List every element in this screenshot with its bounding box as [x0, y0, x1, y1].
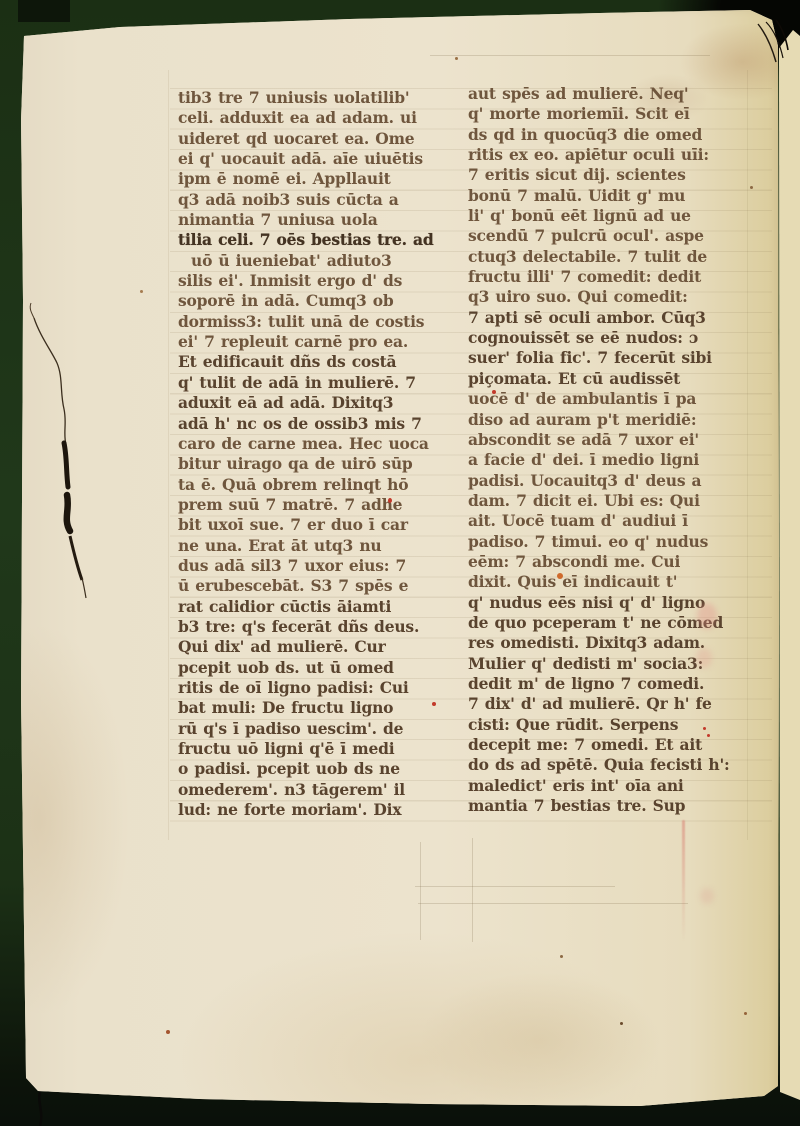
- text-line: rat calidior cūctis āiamti: [178, 597, 470, 617]
- text-line: ds qd in quocūq3 die omed: [468, 125, 760, 145]
- text-line: 7 dix' d' ad mulierē. Qr h' fe: [468, 694, 760, 714]
- text-line: cisti: Que rūdit. Serpens: [468, 715, 760, 735]
- text-line: cognouissēt se eē nudos: ɔ: [468, 328, 760, 348]
- text-line: adā h' nc os de ossib3 mis 7: [178, 414, 470, 434]
- text-line: decepit me: 7 omedi. Et ait: [468, 735, 760, 755]
- text-line: maledict' eris int' oīa ani: [468, 776, 760, 796]
- text-line: uocē d' de ambulantis ī pa: [468, 389, 760, 409]
- text-line: dus adā sil3 7 uxor eius: 7: [178, 556, 470, 576]
- text-line: fructu illi' 7 comedit: dedit: [468, 267, 760, 287]
- rubrication-dot: [432, 702, 436, 706]
- text-line: ū erubescebāt. S3 7 spēs e: [178, 576, 470, 596]
- text-column-right: aut spēs ad mulierē. Neq'q' morte moriem…: [468, 84, 760, 816]
- text-line: abscondit se adā 7 uxor ei': [468, 430, 760, 450]
- text-line: dedit m' de ligno 7 comedi.: [468, 674, 760, 694]
- text-line: ei' 7 repleuit carnē pro ea.: [178, 332, 470, 352]
- text-line: silis ei'. Inmisit ergo d' ds: [178, 271, 470, 291]
- text-line: lud: ne forte moriam'. Dix: [178, 800, 470, 820]
- text-line: li' q' bonū eēt lignū ad ue: [468, 206, 760, 226]
- parchment-speck: [750, 186, 753, 189]
- text-line: uō ū iueniebat' adiuto3: [178, 251, 470, 271]
- text-line: mantia 7 bestias tre. Sup: [468, 796, 760, 816]
- text-line: b3 tre: q's fecerāt dñs deus.: [178, 617, 470, 637]
- text-line: padiso. 7 timui. eo q' nudus: [468, 532, 760, 552]
- text-line: aduxit eā ad adā. Dixitq3: [178, 393, 470, 413]
- show-through-stain: [697, 603, 717, 629]
- text-line: ait. Uocē tuam d' audiui ī: [468, 511, 760, 531]
- text-line: fructu uō ligni q'ē ī medi: [178, 739, 470, 759]
- text-line: pcepit uob ds. ut ū omed: [178, 658, 470, 678]
- text-line: eēm: 7 abscondi me. Cui: [468, 552, 760, 572]
- text-line: prem suū 7 matrē. 7 adhe: [178, 495, 470, 515]
- ruling-line-lower-1: [415, 886, 615, 887]
- show-through-stain: [700, 888, 714, 904]
- ruling-line-lower-2: [418, 903, 688, 904]
- text-line: 7 eritis sicut dij. scientes: [468, 165, 760, 185]
- rubrication-dot: [388, 498, 392, 503]
- ruling-line-vert-1: [420, 842, 421, 940]
- text-line: o padisi. pcepit uob ds ne: [178, 759, 470, 779]
- text-line: uideret qd uocaret ea. Ome: [178, 129, 470, 149]
- text-line: dormiss3: tulit unā de costis: [178, 312, 470, 332]
- text-line: celi. adduxit ea ad adam. ui: [178, 108, 470, 128]
- ruling-line-col-left: [168, 70, 169, 840]
- text-line: ctuq3 delectabile. 7 tulit de: [468, 247, 760, 267]
- text-line: a facie d' dei. ī medio ligni: [468, 450, 760, 470]
- text-line: tilia celi. 7 oēs bestias tre. ad: [178, 230, 470, 250]
- text-line: padisi. Uocauitq3 d' deus a: [468, 471, 760, 491]
- parchment-speck: [744, 1012, 747, 1015]
- text-line: res omedisti. Dixitq3 adam.: [468, 633, 760, 653]
- text-line: bitur uirago qa de uirō sūp: [178, 454, 470, 474]
- text-line: ritis de oī ligno padisi: Cui: [178, 678, 470, 698]
- ruling-line-vert-2: [472, 838, 473, 942]
- text-line: omederem'. n3 tāgerem' il: [178, 780, 470, 800]
- parchment-speck: [620, 1022, 623, 1025]
- text-line: ne una. Erat āt utq3 nu: [178, 536, 470, 556]
- text-line: tib3 tre 7 uniusis uolatilib': [178, 88, 470, 108]
- text-line: q' morte moriemīi. Scit eī: [468, 104, 760, 124]
- parchment-speck: [455, 57, 458, 60]
- text-column-left: tib3 tre 7 uniusis uolatilib'celi. addux…: [178, 88, 470, 820]
- text-line: Mulier q' dedisti m' socia3:: [468, 654, 760, 674]
- text-line: ipm ē nomē ei. Appllauit: [178, 169, 470, 189]
- text-line: bat muli: De fructu ligno: [178, 698, 470, 718]
- text-line: suer' folia fic'. 7 fecerūt sibi: [468, 348, 760, 368]
- text-line: nimantia 7 uniusa uola: [178, 210, 470, 230]
- text-line: 7 apti sē oculi ambor. Cūq3: [468, 308, 760, 328]
- text-line: q' tulit de adā in mulierē. 7: [178, 373, 470, 393]
- rubrication-speck: [707, 734, 710, 737]
- show-through-stain: [696, 648, 712, 668]
- manuscript-page: tib3 tre 7 uniusis uolatilib'celi. addux…: [0, 0, 800, 1126]
- rubrication-dot: [557, 573, 563, 579]
- parchment-speck: [140, 290, 143, 293]
- text-line: q3 uiro suo. Qui comedit:: [468, 287, 760, 307]
- text-line: dixit. Quis eī indicauit t': [468, 572, 760, 592]
- text-line: bit uxoī sue. 7 er duo ī car: [178, 515, 470, 535]
- text-line: aut spēs ad mulierē. Neq': [468, 84, 760, 104]
- text-line: do ds ad spētē. Quia fecisti h':: [468, 755, 760, 775]
- rubrication-dot: [492, 390, 496, 394]
- text-line: caro de carne mea. Hec uoca: [178, 434, 470, 454]
- text-line: Qui dix' ad mulierē. Cur: [178, 637, 470, 657]
- text-line: diso ad auram p't meridiē:: [468, 410, 760, 430]
- text-line: piçomata. Et cū audissēt: [468, 369, 760, 389]
- text-line: bonū 7 malū. Uidit g' mu: [468, 186, 760, 206]
- text-line: ritis ex eo. apiētur oculi uīi:: [468, 145, 760, 165]
- text-line: rū q's ī padiso uescim'. de: [178, 719, 470, 739]
- parchment-speck: [166, 1030, 170, 1034]
- photograph-backdrop: tib3 tre 7 uniusis uolatilib'celi. addux…: [0, 0, 800, 1126]
- rubrication-speck: [703, 727, 706, 730]
- ruling-line-top: [430, 55, 710, 56]
- parchment-speck: [560, 955, 563, 958]
- text-line: dam. 7 dicit ei. Ubi es: Qui: [468, 491, 760, 511]
- text-line: Et edificauit dñs ds costā: [178, 352, 470, 372]
- text-line: q3 adā noib3 suis cūcta a: [178, 190, 470, 210]
- text-line: ei q' uocauit adā. aīe uiuētis: [178, 149, 470, 169]
- binding-shadow: [18, 0, 70, 22]
- text-line: soporē in adā. Cumq3 ob: [178, 291, 470, 311]
- red-stain-streak: [682, 820, 685, 942]
- text-line: ta ē. Quā obrem relinqt hō: [178, 475, 470, 495]
- text-line: scendū 7 pulcrū ocul'. aspe: [468, 226, 760, 246]
